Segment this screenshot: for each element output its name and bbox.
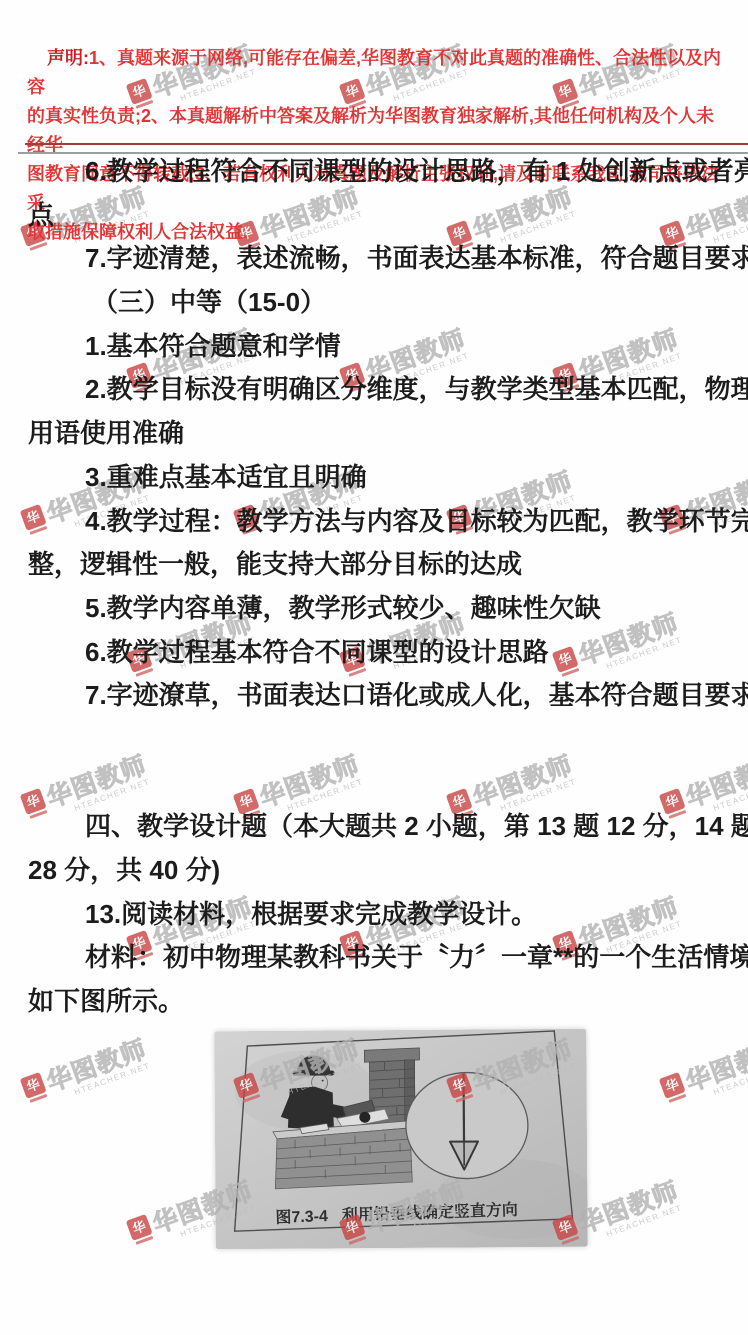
text-line: 4.教学过程：教学方法与内容及目标较为匹配，教学环节完 [0,500,748,544]
huatu-logo-icon: 华 [659,1072,688,1104]
divider-red-line [25,143,748,145]
huatu-logo-icon: 华 [20,1072,49,1104]
watermark-brand-text: 华图教师 [41,1029,151,1098]
text-line: 用语使用准确 [0,412,748,456]
document-page: 声明:1、真题来源于网络,可能存在偏差,华图教育不对此真题的准确性、合法性以及内… [0,0,748,1335]
text-line: 7.字迹潦草，书面表达口语化或成人化，基本符合题目要求 [0,674,748,718]
text-line: 整，逻辑性一般，能支持大部分目标的达成 [0,543,748,587]
disclaimer-label: 声明: [47,48,89,68]
text-line [0,762,748,806]
huatu-logo-icon: 华 [126,1214,155,1246]
watermark-domain-text: HTEACHER.NET [712,1060,748,1097]
disclaimer-line1-text: 1、真题来源于网络,可能存在偏差,华图教育不对此真题的准确性、合法性以及内容 [27,48,721,97]
watermark-domain-text: HTEACHER.NET [605,1202,685,1239]
text-line: 3.重难点基本适宜且明确 [0,456,748,500]
textbook-figure-photo: 图7.3-4利用铅垂线确定竖直方向 [214,1029,588,1250]
huatu-watermark: 华华图教师HTEACHER.NET [659,1035,748,1113]
text-line [0,718,748,762]
disclaimer-line: 声明:1、真题来源于网络,可能存在偏差,华图教育不对此真题的准确性、合法性以及内… [27,44,727,102]
text-line: 1.基本符合题意和学情 [0,325,748,369]
text-line: 5.教学内容单薄，教学形式较少、趣味性欠缺 [0,587,748,631]
plumb-line-illustration: 图7.3-4利用铅垂线确定竖直方向 [214,1029,588,1250]
text-line: 13.阅读材料，根据要求完成教学设计。 [0,893,748,937]
answer-analysis-text: 6.教学过程符合不同课型的设计思路，有 1 处创新点或者亮点7.字迹清楚，表述流… [0,150,748,1024]
text-line: 6.教学过程基本符合不同课型的设计思路 [0,631,748,675]
text-line: 点 [0,194,748,238]
watermark-domain-text: HTEACHER.NET [73,1060,153,1097]
text-line: 材料：初中物理某教科书关于〝力〞一章**的一个生活情境 [0,936,748,980]
watermark-brand-text: 华图教师 [573,1171,683,1240]
huatu-watermark: 华华图教师HTEACHER.NET [20,1035,154,1113]
text-line: 28 分，共 40 分) [0,849,748,893]
plumb-line-magnifier [406,1072,529,1179]
text-line: 四、教学设计题（本大题共 2 小题，第 13 题 12 分，14 题 [0,805,748,849]
brick-wall [273,1121,412,1189]
text-line: 如下图所示。 [0,980,748,1024]
text-line: 6.教学过程符合不同课型的设计思路，有 1 处创新点或者亮 [0,150,748,194]
text-line: 7.字迹清楚，表述流畅，书面表达基本标准，符合题目要求 [0,237,748,281]
watermark-brand-text: 华图教师 [680,1029,748,1098]
text-line: （三）中等（15-0） [0,281,748,325]
text-line: 2.教学目标没有明确区分维度，与教学类型基本匹配，物理 [0,368,748,412]
